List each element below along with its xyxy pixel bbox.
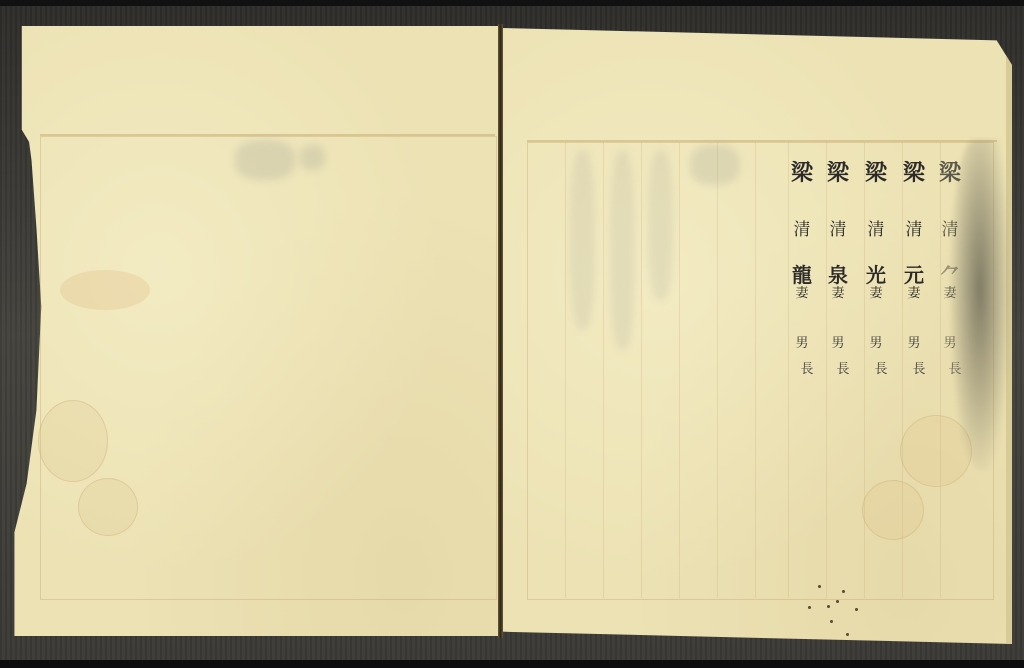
generation-character: 清	[906, 220, 923, 240]
scan-border-top	[0, 0, 1024, 6]
column-rule	[641, 142, 642, 598]
given-name: 元	[904, 264, 924, 286]
generation-character: 清	[794, 220, 811, 240]
bleed-through-smudge	[300, 145, 325, 170]
book-gutter	[498, 24, 503, 638]
given-name: 龍	[792, 264, 812, 286]
water-stain	[38, 400, 108, 482]
son-label: 男	[831, 336, 844, 352]
wife-label: 妻	[869, 286, 882, 302]
bleed-through-text	[610, 150, 635, 350]
surname: 梁	[903, 160, 925, 186]
column-rule	[717, 142, 718, 598]
generation-character: 清	[942, 220, 959, 240]
genealogy-entry-2: 梁 清 元 妻 男 長	[896, 160, 932, 378]
eldest-label: 長	[874, 362, 887, 378]
given-name: 泉	[828, 264, 848, 286]
genealogy-entry-4: 梁 清 泉 妻 男 長	[820, 160, 856, 378]
eldest-label: 長	[800, 362, 813, 378]
column-rule	[565, 142, 566, 598]
generation-character: 清	[868, 220, 885, 240]
given-name-obscured: ⺈	[940, 264, 960, 286]
column-rule	[679, 142, 680, 598]
bleed-through-text	[648, 150, 673, 300]
bleed-through-smudge	[235, 140, 295, 180]
given-name: 光	[866, 264, 886, 286]
genealogy-entry-1: 梁 清 ⺈ 妻 男 長	[932, 160, 968, 378]
genealogy-entry-3: 梁 清 光 妻 男 長	[858, 160, 894, 378]
foxing-stain	[60, 270, 150, 310]
water-stain	[862, 480, 924, 540]
surname: 梁	[939, 160, 961, 186]
genealogy-entry-5: 梁 清 龍 妻 男 長	[784, 160, 820, 378]
son-label: 男	[869, 336, 882, 352]
wife-label: 妻	[907, 286, 920, 302]
eldest-label: 長	[836, 362, 849, 378]
son-label: 男	[943, 336, 956, 352]
column-rule	[603, 142, 604, 598]
wife-label: 妻	[943, 286, 956, 302]
eldest-label: 長	[948, 362, 961, 378]
bleed-through-text	[570, 150, 595, 330]
generation-character: 清	[830, 220, 847, 240]
surname: 梁	[865, 160, 887, 186]
eldest-label: 長	[912, 362, 925, 378]
son-label: 男	[907, 336, 920, 352]
wife-label: 妻	[795, 286, 808, 302]
surname: 梁	[827, 160, 849, 186]
column-rule	[755, 142, 756, 598]
surname: 梁	[791, 160, 813, 186]
bleed-through-smudge	[690, 145, 740, 185]
son-label: 男	[795, 336, 808, 352]
scan-border-bottom	[0, 660, 1024, 668]
wife-label: 妻	[831, 286, 844, 302]
water-stain	[78, 478, 138, 536]
